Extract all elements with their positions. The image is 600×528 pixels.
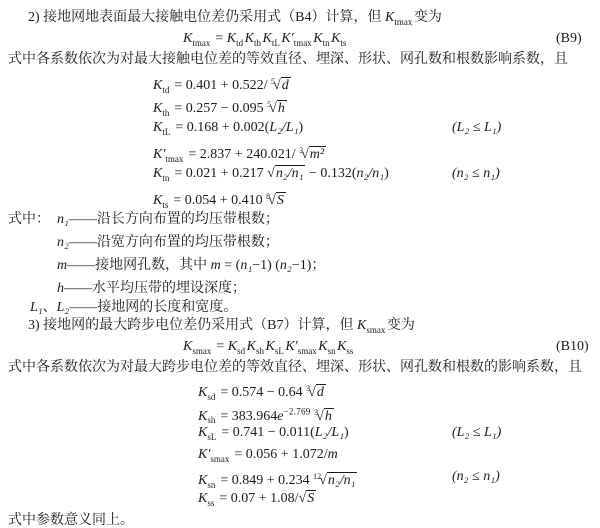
eq-ksn-condition: (n₂ ≤ n₁) — [452, 466, 500, 488]
math-variable: K′ — [281, 31, 293, 46]
def-m: m——接地网孔数，其中 m = (n₁−1) (n₂−1)； — [8, 254, 592, 277]
eq-ktmax-prime: K′tmax = 2.837 + 240.021/ 3√m² — [8, 139, 592, 162]
radical: 3√d — [306, 385, 326, 400]
closing-note: 式中参数意义同上。 — [8, 510, 592, 528]
text-run: ——接地网的长度和宽度。 — [69, 300, 237, 315]
eq-kts: Kts = 0.054 + 0.410 8√S — [8, 185, 592, 208]
eq-kts-content: Kts = 0.054 + 0.410 8√S — [153, 193, 286, 208]
math-variable: K — [153, 193, 162, 208]
def-n1-content: n₁——沿长方向布置的均压带根数； — [57, 212, 279, 227]
radical: √n₂/n₁ — [267, 165, 305, 181]
radical: 8√S — [266, 193, 286, 208]
math-variable: K — [153, 101, 162, 116]
math-subscript: sL — [207, 432, 216, 442]
math-subscript: ss — [207, 498, 214, 508]
eq-ktmax-prime-content: K′tmax = 2.837 + 240.021/ 3√m² — [153, 147, 326, 162]
eq-ksl-content: KsL = 0.741 − 0.011(L₂/L₁) — [198, 425, 349, 440]
eq-ktl: KtL = 0.168 + 0.002(L₂/L₁)(L₂ ≤ L₁) — [8, 116, 592, 139]
math-variable: m — [57, 258, 67, 273]
eq-ktd-content: Ktd = 0.401 + 0.522/ 5√d — [153, 78, 291, 93]
text-run: ) — [384, 166, 389, 181]
eq-ktl-content: KtL = 0.168 + 0.002(L₂/L₁) — [153, 120, 303, 135]
math-subscript: sd — [237, 346, 245, 356]
radical-sign: √ — [267, 166, 275, 181]
eq-ktn: Ktn = 0.021 + 0.217 √n₂/n₁ − 0.132(n₂/n₁… — [8, 162, 592, 185]
math-variable: K — [198, 473, 207, 488]
eq-kss-content: Kss = 0.07 + 1.08/√S — [198, 491, 316, 506]
text-run: −1)； — [292, 258, 326, 273]
math-variable: n₂ — [280, 258, 292, 273]
math-variable: K′ — [285, 339, 297, 354]
radical: 5√h — [267, 101, 287, 116]
math-subscript: td — [236, 38, 243, 48]
eq-kss: Kss = 0.07 + 1.08/√S — [8, 488, 592, 510]
math-subscript: ts — [340, 38, 346, 48]
radicand: m² — [309, 146, 326, 162]
math-subscript: tmax — [394, 17, 412, 27]
math-subscript: ss — [346, 346, 353, 356]
text-run: 式中参数意义同上。 — [8, 513, 134, 528]
math-variable: K — [153, 166, 162, 181]
eq-b10: Ksmax = KsdKshKsLK′smaxKsnKss(B10) — [8, 336, 592, 357]
eq-ksl: KsL = 0.741 − 0.011(L₂/L₁)(L₂ ≤ L₁) — [8, 422, 592, 444]
math-variable: L₂/L₁ — [269, 120, 298, 135]
math-subscript: smax — [366, 325, 385, 335]
text-run: = 0.849 + 0.234 — [217, 473, 313, 488]
text-run: −1) ( — [252, 258, 280, 273]
radical: 3√m² — [299, 147, 326, 162]
math-variable: K — [198, 385, 207, 400]
def-h: h——水平均压带的埋设深度； — [8, 277, 592, 300]
eq-ksl-condition: (L₂ ≤ L₁) — [452, 422, 501, 444]
math-variable: K — [183, 339, 192, 354]
text-run: ) — [344, 425, 349, 440]
closing-note-content: 式中参数意义同上。 — [8, 513, 134, 528]
math-variable: K — [183, 31, 192, 46]
math-subscript: th — [254, 38, 261, 48]
math-subscript: tmax — [192, 38, 210, 48]
math-variable: K — [227, 31, 236, 46]
math-variable: K — [198, 425, 207, 440]
text-run: 2) 接地网地表面最大接触电位差仍采用式（B4）计算，但 — [28, 10, 385, 25]
radicand: d — [316, 384, 326, 400]
text-run: − 0.132( — [305, 166, 356, 181]
eq-b9-equation-number: (B9) — [556, 28, 582, 49]
clause-2: 2) 接地网地表面最大接触电位差仍采用式（B4）计算，但 Ktmax变为 — [8, 8, 592, 28]
text-run: = 0.168 + 0.002( — [172, 120, 269, 135]
math-variable: K — [153, 120, 162, 135]
radical: 12√n₂/n₁ — [313, 473, 357, 488]
text-run: = — [212, 31, 227, 46]
clause-3-content: 3) 接地网的最大跨步电位差仍采用式（B7）计算，但 Ksmax变为 — [28, 318, 415, 333]
math-variable: K — [385, 10, 394, 25]
coef-desc-step: 式中各系数依次为对最大跨步电位差的等效直径、埋深、形状、网孔数和根数的影响系数，… — [8, 357, 592, 378]
text-run: = ( — [221, 258, 241, 273]
clause-2-content: 2) 接地网地表面最大接触电位差仍采用式（B4）计算，但 Ktmax变为 — [28, 10, 442, 25]
math-subscript: sh — [256, 346, 264, 356]
text-run: = 0.401 + 0.522/ — [171, 78, 271, 93]
math-subscript: tn — [323, 38, 330, 48]
math-variable: K — [198, 491, 207, 506]
eq-b9: Ktmax = KtdKthKtLK′tmaxKtnKts(B9) — [8, 28, 592, 49]
math-variable: K — [265, 339, 274, 354]
text-run: 3) 接地网的最大跨步电位差仍采用式（B7）计算，但 — [28, 318, 357, 333]
text-run: = 0.056 + 1.072/ — [231, 447, 328, 462]
math-subscript: sL — [275, 346, 284, 356]
math-variable: h — [57, 281, 64, 296]
radicand: n₂/n₁ — [275, 165, 306, 181]
math-variable: n₂/n₁ — [357, 166, 385, 181]
eq-ktl-condition: (L₂ ≤ L₁) — [452, 116, 501, 139]
math-variable: L₂ — [57, 300, 70, 315]
math-subscript: tL — [162, 127, 170, 137]
math-variable: L₂/L₁ — [315, 425, 344, 440]
math-variable: m — [328, 447, 338, 462]
text-run: ) — [299, 120, 304, 135]
math-variable: n₂ — [57, 235, 69, 250]
eq-ksd: Ksd = 0.574 − 0.64 3√d — [8, 378, 592, 400]
math-variable: n₁ — [57, 212, 69, 227]
math-variable: K — [318, 339, 327, 354]
radicand: S — [306, 490, 316, 506]
math-subscript: smax — [210, 454, 229, 464]
def-n2-content: n₂——沿宽方向布置的均压带根数； — [57, 235, 279, 250]
text-run: ——沿长方向布置的均压带根数； — [69, 212, 279, 227]
text-run: = 0.021 + 0.217 — [171, 166, 267, 181]
text-run: 变为 — [387, 318, 415, 333]
math-subscript: smax — [298, 346, 317, 356]
eq-ksh: Ksh = 383.964e−2.769 3√h — [8, 400, 592, 422]
def-n2: n₂——沿宽方向布置的均压带根数； — [8, 231, 592, 254]
math-variable: K — [153, 78, 162, 93]
math-variable: L₁ — [30, 300, 43, 315]
text-run: 变为 — [414, 10, 442, 25]
eq-ksd-content: Ksd = 0.574 − 0.64 3√d — [198, 385, 326, 400]
radical-sign: √ — [268, 193, 276, 208]
eq-b10-equation-number: (B10) — [556, 336, 589, 357]
text-run: ——水平均压带的埋设深度； — [64, 281, 246, 296]
def-l1l2: L₁、L₂——接地网的长度和宽度。 — [8, 300, 592, 316]
def-n1-lead: 式中： — [8, 208, 50, 231]
eq-kth: Kth = 0.257 − 0.095 5√h — [8, 93, 592, 116]
radical-sign: √ — [301, 147, 309, 162]
math-variable: K — [228, 339, 237, 354]
text-run: = 0.257 − 0.095 — [171, 101, 267, 116]
radical: 5√d — [271, 78, 291, 93]
math-subscript: smax — [192, 346, 211, 356]
math-variable: K — [313, 31, 322, 46]
radicand: S — [276, 192, 286, 208]
def-m-content: m——接地网孔数，其中 m = (n₁−1) (n₂−1)； — [57, 258, 325, 273]
radical: √S — [299, 490, 317, 506]
radical-sign: √ — [269, 101, 277, 116]
radical-sign: √ — [273, 78, 281, 93]
eq-b10-content: Ksmax = KsdKshKsLK′smaxKsnKss — [183, 339, 355, 354]
eq-ksmax-prime: K′smax = 0.056 + 1.072/m — [8, 444, 592, 466]
text-run: = — [213, 339, 228, 354]
eq-ksn: Ksn = 0.849 + 0.234 12√n₂/n₁(n₂ ≤ n₁) — [8, 466, 592, 488]
eq-b9-content: Ktmax = KtdKthKtLK′tmaxKtnKts — [183, 31, 348, 46]
text-run: = 2.837 + 240.021/ — [185, 147, 299, 162]
def-n1: 式中：n₁——沿长方向布置的均压带根数； — [8, 208, 592, 231]
document-page: 2) 接地网地表面最大接触电位差仍采用式（B4）计算，但 Ktmax变为Ktma… — [0, 0, 600, 528]
math-variable: K — [262, 31, 271, 46]
text-run: = 0.07 + 1.08/ — [216, 491, 299, 506]
math-variable: K — [247, 339, 256, 354]
eq-ktn-content: Ktn = 0.021 + 0.217 √n₂/n₁ − 0.132(n₂/n₁… — [153, 166, 389, 181]
text-run: 、 — [43, 300, 57, 315]
eq-ksmax-prime-content: K′smax = 0.056 + 1.072/m — [198, 447, 338, 462]
text-run: ——沿宽方向布置的均压带根数； — [69, 235, 279, 250]
text-run: 式中各系数依次为对最大跨步电位差的等效直径、埋深、形状、网孔数和根数的影响系数，… — [8, 360, 582, 375]
eq-ktd: Ktd = 0.401 + 0.522/ 5√d — [8, 70, 592, 93]
math-subscript: tmax — [294, 38, 312, 48]
radical-sign: √ — [308, 385, 316, 400]
coef-desc-touch-content: 式中各系数依次为对最大接触电位差的等效直径、埋深、形状、网孔数和根数影响系数，且 — [8, 52, 568, 67]
math-variable: K — [357, 318, 366, 333]
radicand: n₂/n₁ — [327, 472, 358, 488]
eq-ktn-condition: (n₂ ≤ n₁) — [452, 162, 500, 185]
clause-3: 3) 接地网的最大跨步电位差仍采用式（B7）计算，但 Ksmax变为 — [8, 316, 592, 336]
coef-desc-touch: 式中各系数依次为对最大接触电位差的等效直径、埋深、形状、网孔数和根数影响系数，且 — [8, 49, 592, 70]
def-l1l2-content: L₁、L₂——接地网的长度和宽度。 — [30, 300, 237, 315]
math-superscript: −2.769 — [283, 406, 310, 416]
math-variable: m — [211, 258, 221, 273]
text-run: = 0.741 − 0.011( — [218, 425, 315, 440]
radicand: d — [281, 77, 291, 93]
text-run: = 0.054 + 0.410 — [170, 193, 266, 208]
def-h-content: h——水平均压带的埋设深度； — [57, 281, 246, 296]
text-run: = 0.574 − 0.64 — [217, 385, 306, 400]
radicand: h — [277, 100, 287, 116]
text-run: ——接地网孔数，其中 — [67, 258, 211, 273]
math-variable: K′ — [198, 447, 210, 462]
eq-kth-content: Kth = 0.257 − 0.095 5√h — [153, 101, 287, 116]
math-subscript: tn — [162, 173, 169, 183]
text-run: 式中各系数依次为对最大接触电位差的等效直径、埋深、形状、网孔数和根数影响系数，且 — [8, 52, 568, 67]
math-subscript: tL — [272, 38, 280, 48]
radical-sign: √ — [319, 473, 327, 488]
math-variable: n₁ — [240, 258, 252, 273]
coef-desc-step-content: 式中各系数依次为对最大跨步电位差的等效直径、埋深、形状、网孔数和根数的影响系数，… — [8, 360, 582, 375]
eq-ksn-content: Ksn = 0.849 + 0.234 12√n₂/n₁ — [198, 473, 357, 488]
math-variable: K — [245, 31, 254, 46]
math-subscript: sn — [328, 346, 336, 356]
math-variable: K′ — [153, 147, 165, 162]
